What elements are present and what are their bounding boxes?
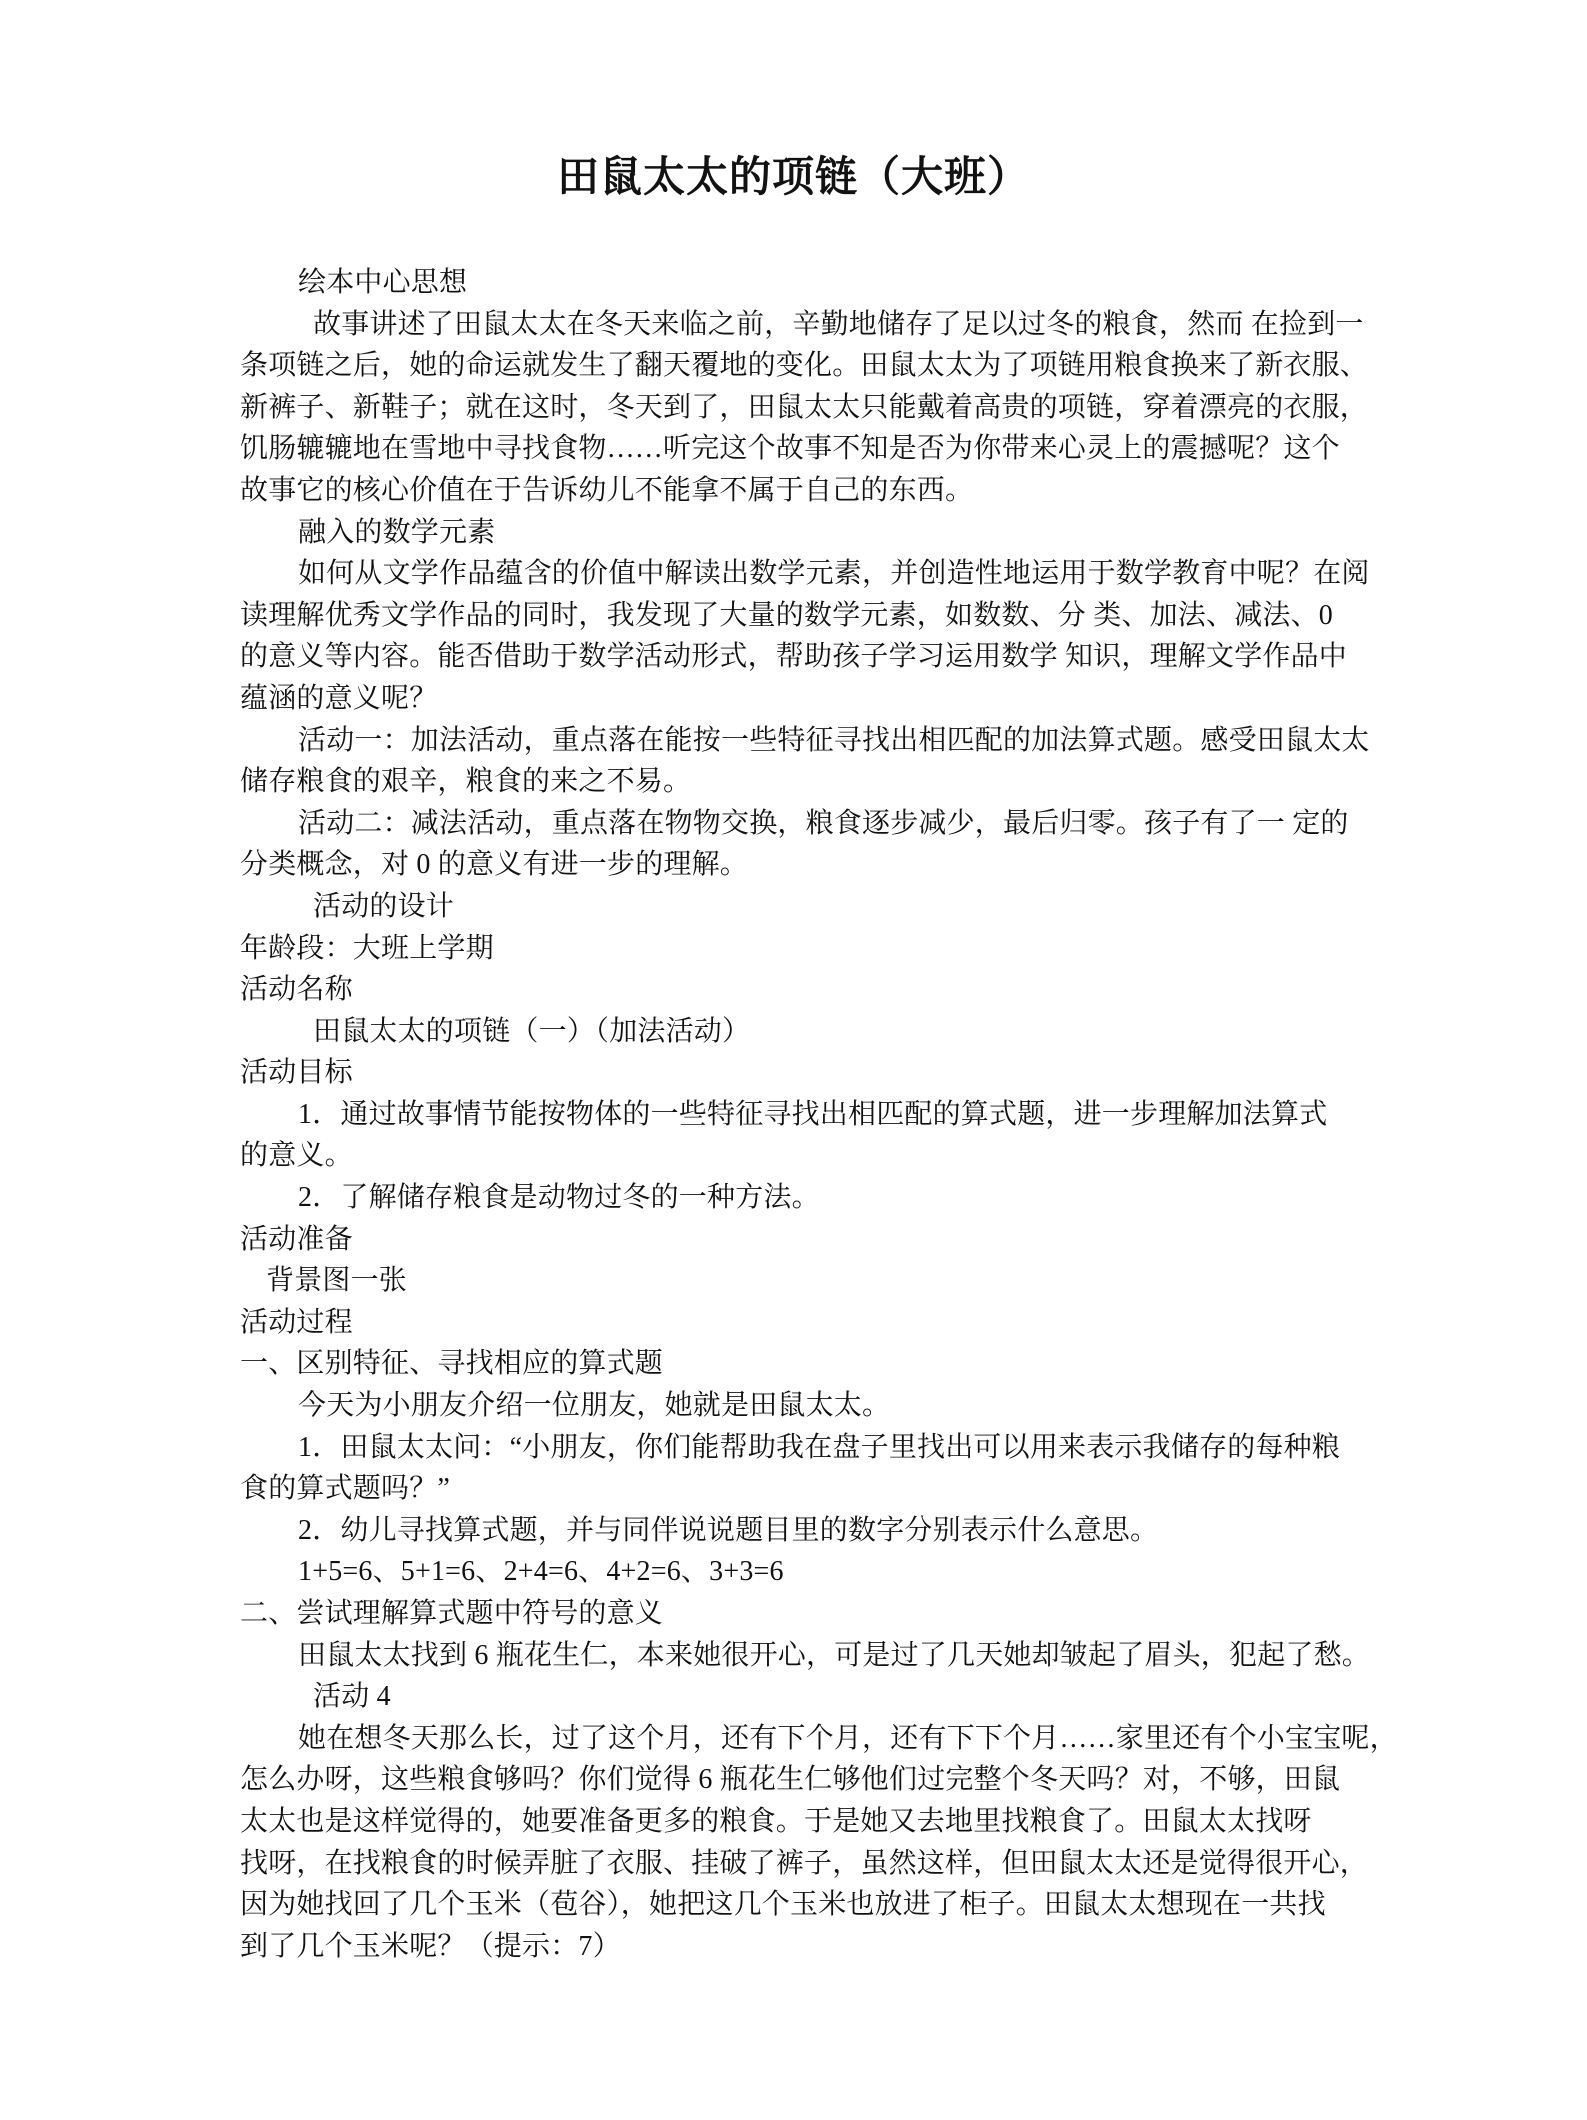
text-line: 田鼠太太找到 6 瓶花生仁，本来她很开心，可是过了几天她却皱起了眉头，犯起了愁。 [240,1635,1362,1677]
text-line: 活动二：减法活动，重点落在物物交换，粮食逐步减少，最后归零。孩子有了一 定的 [240,803,1362,845]
text-line: 分类概念，对 0 的意义有进一步的理解。 [240,844,1362,886]
text-line: 她在想冬天那么长，过了这个月，还有下个月，还有下下个月……家里还有个小宝宝呢， [240,1718,1362,1760]
text-line: 1．田鼠太太问：“小朋友，你们能帮助我在盘子里找出可以用来表示我储存的每种粮 [240,1427,1362,1469]
text-line: 蕴涵的意义呢？ [240,678,1362,720]
text-line: 年龄段：大班上学期 [240,928,1362,970]
text-line: 一、区别特征、寻找相应的算式题 [240,1343,1362,1385]
text-line: 2．了解储存粮食是动物过冬的一种方法。 [240,1177,1362,1219]
document-page: 田鼠太太的项链（大班） 绘本中心思想故事讲述了田鼠太太在冬天来临之前，辛勤地储存… [0,0,1587,2120]
text-line: 的意义等内容。能否借助于数学活动形式，帮助孩子学习运用数学 知识，理解文学作品中 [240,636,1362,678]
text-line: 活动 4 [240,1676,1362,1718]
text-line: 读理解优秀文学作品的同时，我发现了大量的数学元素，如数数、分 类、加法、减法、0 [240,595,1362,637]
text-line: 储存粮食的艰辛，粮食的来之不易。 [240,761,1362,803]
text-line: 田鼠太太的项链（一）（加法活动） [240,1011,1362,1053]
text-line: 今天为小朋友介绍一位朋友，她就是田鼠太太。 [240,1385,1362,1427]
text-line: 1+5=6、5+1=6、2+4=6、4+2=6、3+3=6 [240,1551,1362,1593]
text-line: 故事讲述了田鼠太太在冬天来临之前，辛勤地储存了足以过冬的粮食，然而 在捡到一 [240,304,1362,346]
text-line: 太太也是这样觉得的，她要准备更多的粮食。于是她又去地里找粮食了。田鼠太太找呀 [240,1801,1362,1843]
text-line: 到了几个玉米呢？（提示：7） [240,1926,1362,1968]
text-line: 饥肠辘辘地在雪地中寻找食物……听完这个故事不知是否为你带来心灵上的震撼呢？这个 [240,428,1362,470]
text-line: 条项链之后，她的命运就发生了翻天覆地的变化。田鼠太太为了项链用粮食换来了新衣服、 [240,345,1362,387]
text-line: 找呀，在找粮食的时候弄脏了衣服、挂破了裤子，虽然这样，但田鼠太太还是觉得很开心， [240,1843,1362,1885]
text-line: 活动准备 [240,1219,1362,1261]
text-line: 的意义。 [240,1135,1362,1177]
text-line: 活动的设计 [240,886,1362,928]
text-line: 活动名称 [240,969,1362,1011]
text-line: 因为她找回了几个玉米（苞谷），她把这几个玉米也放进了柜子。田鼠太太想现在一共找 [240,1884,1362,1926]
document-body: 绘本中心思想故事讲述了田鼠太太在冬天来临之前，辛勤地储存了足以过冬的粮食，然而 … [240,262,1362,1967]
text-line: 活动目标 [240,1052,1362,1094]
text-line: 二、尝试理解算式题中符号的意义 [240,1593,1362,1635]
text-line: 融入的数学元素 [240,512,1362,554]
text-line: 绘本中心思想 [240,262,1362,304]
text-line: 活动过程 [240,1302,1362,1344]
text-line: 活动一：加法活动，重点落在能按一些特征寻找出相匹配的加法算式题。感受田鼠太太 [240,720,1362,762]
text-line: 2．幼儿寻找算式题，并与同伴说说题目里的数字分别表示什么意思。 [240,1510,1362,1552]
text-line: 1．通过故事情节能按物体的一些特征寻找出相匹配的算式题，进一步理解加法算式 [240,1094,1362,1136]
text-line: 故事它的核心价值在于告诉幼儿不能拿不属于自己的东西。 [240,470,1362,512]
document-title: 田鼠太太的项链（大班） [0,152,1587,204]
text-line: 新裤子、新鞋子；就在这时，冬天到了，田鼠太太只能戴着高贵的项链，穿着漂亮的衣服， [240,387,1362,429]
text-line: 如何从文学作品蕴含的价值中解读出数学元素，并创造性地运用于数学教育中呢？在阅 [240,553,1362,595]
text-line: 食的算式题吗？” [240,1468,1362,1510]
text-line: 怎么办呀，这些粮食够吗？你们觉得 6 瓶花生仁够他们过完整个冬天吗？对，不够，田… [240,1759,1362,1801]
text-line: 背景图一张 [240,1260,1362,1302]
